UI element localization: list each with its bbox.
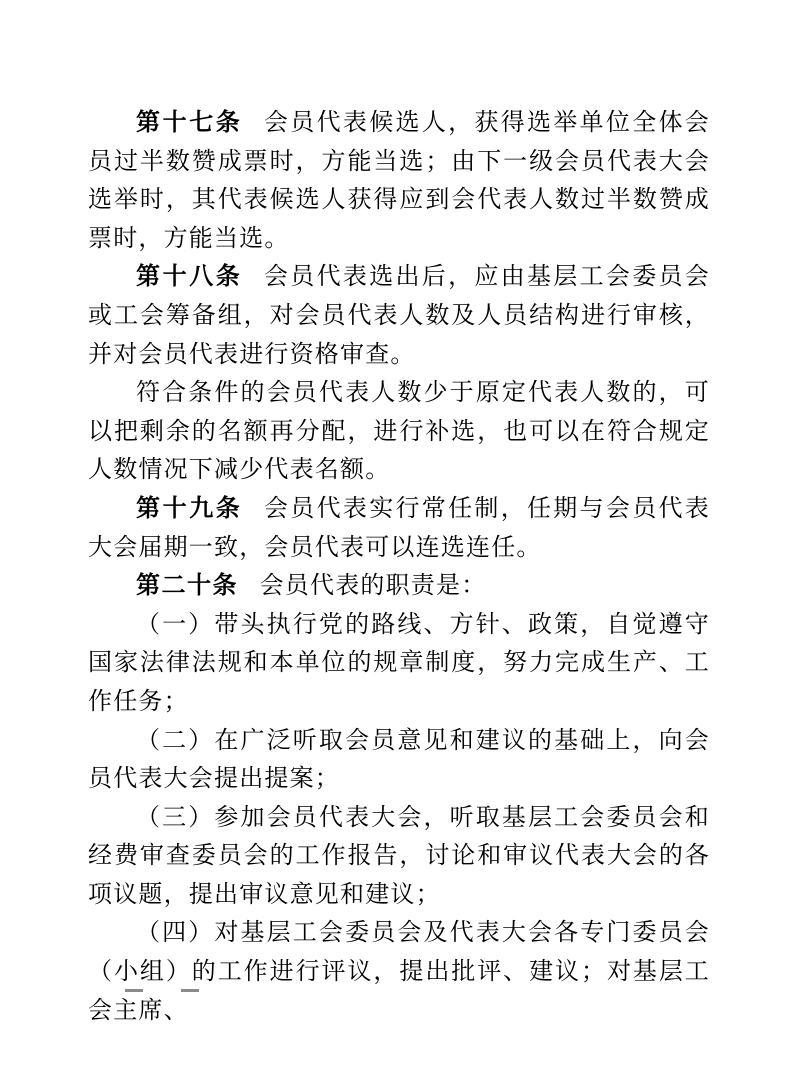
paragraph-duty-item-3: （三）参加会员代表大会，听取基层工会委员会和经费审查委员会的工作报告，讨论和审议… [88, 798, 710, 914]
paragraph-article-18: 第十八条会员代表选出后，应由基层工会委员会或工会筹备组，对会员代表人数及人员结构… [88, 257, 710, 373]
footer-dash-right [181, 989, 199, 992]
article-20-number: 第二十条 [136, 571, 238, 599]
paragraph-article-19: 第十九条会员代表实行常任制，任期与会员代表大会届期一致，会员代表可以连选连任。 [88, 489, 710, 566]
document-page: 第十七条会员代表候选人，获得选举单位全体会员过半数赞成票时，方能当选；由下一级会… [0, 0, 798, 1090]
supplementary-election-text: 符合条件的会员代表人数少于原定代表人数的，可以把剩余的名额再分配，进行补选，也可… [88, 378, 710, 483]
article-19-number: 第十九条 [136, 494, 242, 522]
article-20-text: 会员代表的职责是： [260, 571, 487, 599]
paragraph-supplementary-election: 符合条件的会员代表人数少于原定代表人数的，可以把剩余的名额再分配，进行补选，也可… [88, 373, 710, 489]
document-text-block: 第十七条会员代表候选人，获得选举单位全体会员过半数赞成票时，方能当选；由下一级会… [88, 103, 710, 1029]
paragraph-duty-item-4: （四）对基层工会委员会及代表大会各专门委员会（小组）的工作进行评议，提出批评、建… [88, 913, 710, 1029]
footer-dash-left [125, 989, 143, 992]
duty-item-4-text: （四）对基层工会委员会及代表大会各专门委员会（小组）的工作进行评议，提出批评、建… [88, 918, 710, 1023]
duty-item-3-text: （三）参加会员代表大会，听取基层工会委员会和经费审查委员会的工作报告，讨论和审议… [88, 803, 710, 908]
paragraph-duty-item-1: （一）带头执行党的路线、方针、政策，自觉遵守国家法律法规和本单位的规章制度，努力… [88, 605, 710, 721]
article-18-number: 第十八条 [136, 262, 242, 290]
paragraph-article-17: 第十七条会员代表候选人，获得选举单位全体会员过半数赞成票时，方能当选；由下一级会… [88, 103, 710, 257]
duty-item-2-text: （二）在广泛听取会员意见和建议的基础上，向会员代表大会提出提案； [88, 726, 710, 793]
duty-item-1-text: （一）带头执行党的路线、方针、政策，自觉遵守国家法律法规和本单位的规章制度，努力… [88, 610, 710, 715]
paragraph-article-20: 第二十条会员代表的职责是： [88, 566, 710, 605]
article-17-number: 第十七条 [136, 108, 242, 136]
page-number-footer [122, 975, 242, 1005]
paragraph-duty-item-2: （二）在广泛听取会员意见和建议的基础上，向会员代表大会提出提案； [88, 721, 710, 798]
